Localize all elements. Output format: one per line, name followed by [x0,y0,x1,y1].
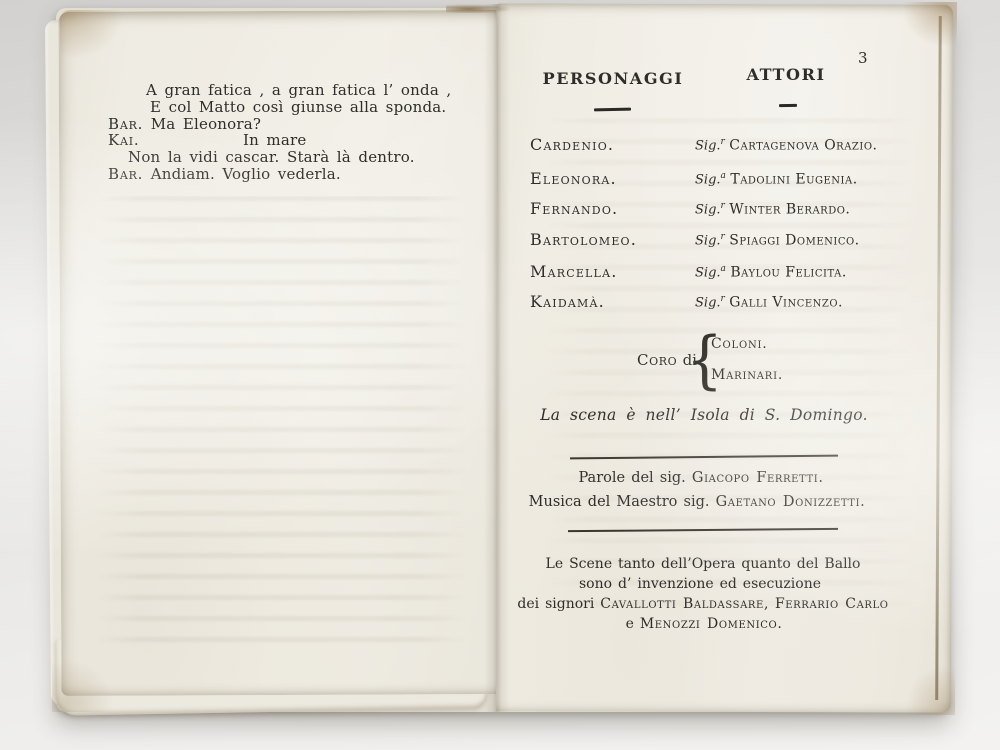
dialogue-text: A gran fatica , a gran fatica l’ onda , [146,81,451,99]
cast-role: Bartolomeo. [530,230,637,249]
honorific-superscript: a [721,264,726,274]
cast-actor: Sig.r Winter Berardo. [695,201,850,218]
coro-member: Coloni. [711,336,768,352]
music-credit: Musica del Maestro sig. Gaetano Donizzet… [529,494,866,510]
actor-name: Galli Vincenzo. [729,295,843,311]
dialogue-text: E col Matto così giunse alla sponda. [150,98,446,116]
honorific: Sig. [695,173,721,188]
column-header-personaggi: PERSONAGGI [543,69,684,88]
cast-role: Fernando. [530,199,618,218]
coro-brace: { [686,323,723,396]
coro-member: Marinari. [711,367,783,383]
dialogue-text: Andiam. Voglio vederla. [151,165,341,183]
dialogue-text: Non la vidi cascar. Starà là dentro. [128,148,415,166]
actor-name: Tadolini Eugenia. [730,172,857,188]
actor-name: Baylou Felicita. [730,265,846,281]
honorific-superscript: r [721,232,725,242]
dialogue-line: Non la vidi cascar. Starà là dentro. [128,148,415,166]
cast-actor: Sig.r Galli Vincenzo. [695,294,843,311]
scanned-book-photo: A gran fatica , a gran fatica l’ onda , … [0,0,1000,750]
header-rule-attori [779,104,797,107]
production-note-line: dei signori Cavallotti Baldassare, Ferra… [517,596,888,612]
scene-note: La scena è nell’ Isola di S. Domingo. [540,406,868,424]
speaker-label: Bar. [108,165,143,183]
cast-role: Cardenio. [530,135,614,154]
honorific-superscript: r [721,137,725,147]
dialogue-line: Bar. Andiam. Voglio vederla. [108,165,341,183]
dialogue-line: E col Matto così giunse alla sponda. [150,98,446,116]
production-note-line: e Menozzi Domenico. [626,616,783,632]
honorific: Sig. [695,203,721,218]
honorific: Sig. [695,234,721,249]
actor-name: Spiaggi Domenico. [729,233,859,249]
honorific: Sig. [695,266,721,281]
speaker-label: Kai. [108,131,139,149]
cast-actor: Sig.r Spiaggi Domenico. [695,232,860,249]
cast-actor: Sig.a Tadolini Eugenia. [695,171,858,188]
actor-name: Cartagenova Orazio. [729,138,877,154]
spine-top-notch [446,4,512,13]
dialogue-text: In mare [243,131,306,149]
honorific: Sig. [695,296,721,311]
actor-name: Winter Berardo. [729,202,850,218]
honorific-superscript: r [721,294,725,304]
dialogue-line: Kai. In mare [108,131,306,149]
dialogue-line: A gran fatica , a gran fatica l’ onda , [146,81,451,99]
honorific-superscript: a [721,171,726,181]
cast-role: Eleonora. [530,169,617,188]
cast-actor: Sig.a Baylou Felicita. [695,264,847,281]
production-note-line: sono d’ invenzione ed esecuzione [579,576,821,592]
libretto-credit: Parole del sig. Giacopo Ferretti. [578,470,823,486]
column-header-attori: ATTORI [746,65,825,84]
honorific: Sig. [695,139,721,154]
cast-actor: Sig.r Cartagenova Orazio. [695,137,877,154]
book-gutter [484,4,510,712]
cast-role: Kaidamà. [530,292,605,311]
honorific-superscript: r [721,201,725,211]
page-number: 3 [858,49,868,67]
production-note-line: Le Scene tanto dell’Opera quanto del Bal… [546,556,861,572]
cast-role: Marcella. [530,262,618,281]
